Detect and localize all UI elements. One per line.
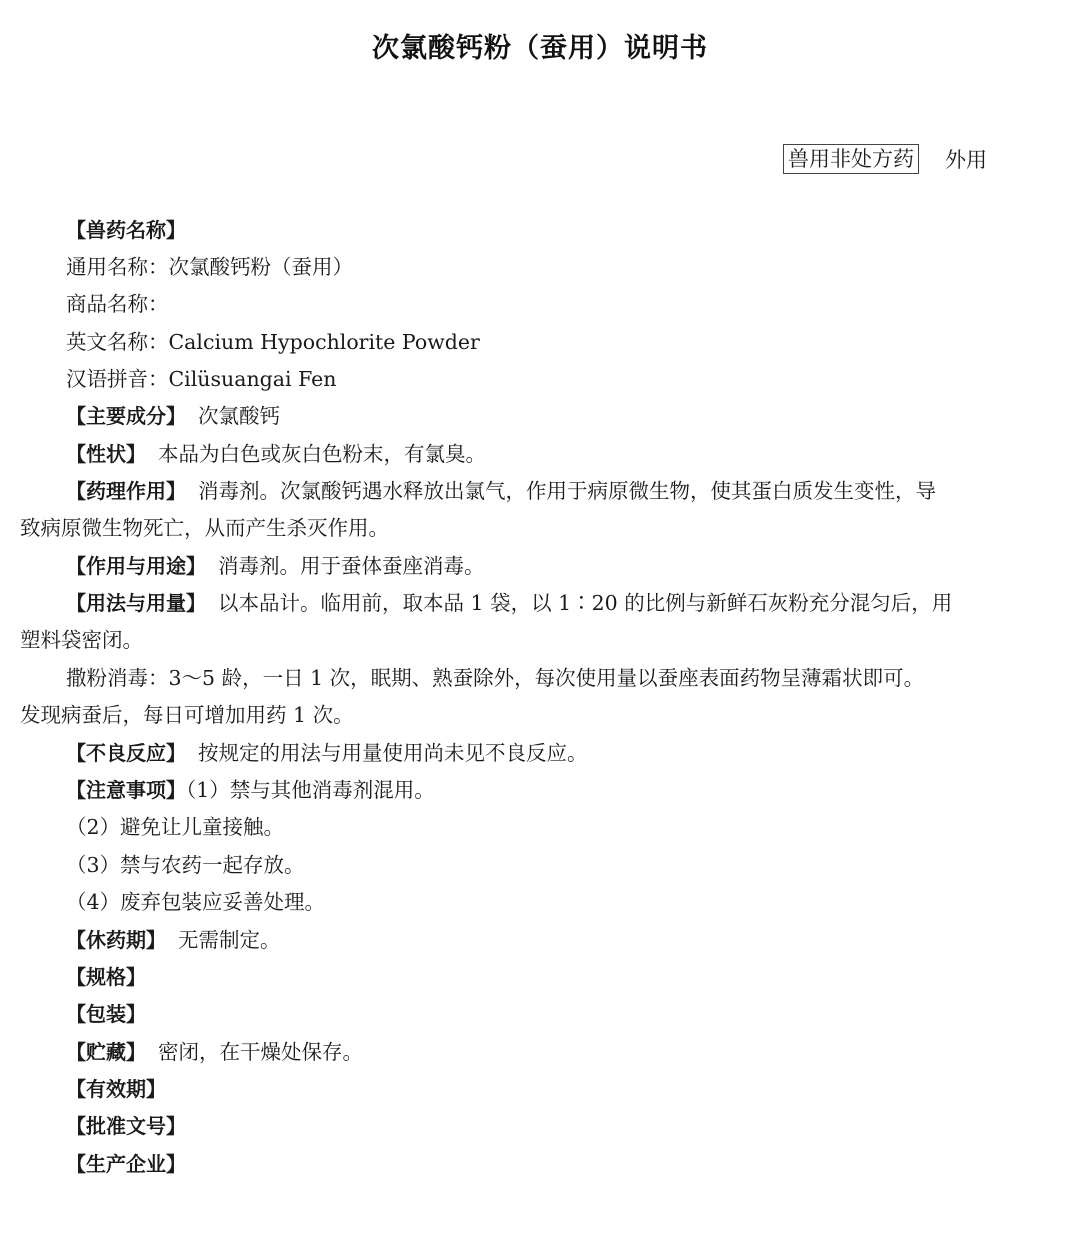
section-indication: 【作用与用途】消毒剂。用于蚕体蚕座消毒。 <box>66 554 485 578</box>
ingredient-text: 次氯酸钙 <box>198 404 280 428</box>
page-title: 次氯酸钙粉（蚕用）说明书 <box>0 26 1080 65</box>
section-storage: 【贮藏】密闭，在干燥处保存。 <box>66 1040 363 1064</box>
section-precautions: 【注意事项】（1）禁与其他消毒剂混用。 <box>66 778 435 802</box>
pharmacology-text-2: 致病原微生物死亡，从而产生杀灭作用。 <box>20 516 389 540</box>
indication-text: 消毒剂。用于蚕体蚕座消毒。 <box>218 554 485 578</box>
section-adverse: 【不良反应】按规定的用法与用量使用尚未见不良反应。 <box>66 741 588 765</box>
section-heading-dosage: 【用法与用量】 <box>66 591 206 615</box>
route-label: 外用 <box>945 144 987 174</box>
precaution-item: （2）避免让儿童接触。 <box>66 815 284 839</box>
section-heading-storage: 【贮藏】 <box>66 1040 146 1064</box>
section-heading-description: 【性状】 <box>66 442 146 466</box>
precaution-item: （4）废弃包装应妥善处理。 <box>66 890 325 914</box>
storage-text: 密闭，在干燥处保存。 <box>158 1040 363 1064</box>
precaution-item: （1）禁与其他消毒剂混用。 <box>186 778 435 802</box>
description-text: 本品为白色或灰白色粉末，有氯臭。 <box>158 442 486 466</box>
section-heading-validity: 【有效期】 <box>66 1077 166 1101</box>
section-heading-name: 【兽药名称】 <box>66 218 186 242</box>
otc-badge: 兽用非处方药 <box>783 144 919 174</box>
withdrawal-text: 无需制定。 <box>178 928 281 952</box>
trade-name: 商品名称： <box>66 292 169 316</box>
section-pharmacology: 【药理作用】消毒剂。次氯酸钙遇水释放出氯气，作用于病原微生物，使其蛋白质发生变性… <box>66 479 936 503</box>
dosage-text-4: 发现病蚕后，每日可增加用药 1 次。 <box>20 703 354 727</box>
section-heading-withdrawal: 【休药期】 <box>66 928 166 952</box>
section-heading-approval: 【批准文号】 <box>66 1114 186 1138</box>
section-dosage: 【用法与用量】以本品计。临用前，取本品 1 袋，以 1∶20 的比例与新鲜石灰粉… <box>66 591 952 615</box>
section-heading-adverse: 【不良反应】 <box>66 741 186 765</box>
section-heading-pharmacology: 【药理作用】 <box>66 479 186 503</box>
precaution-item: （3）禁与农药一起存放。 <box>66 853 305 877</box>
dosage-text-2: 塑料袋密闭。 <box>20 628 143 652</box>
section-heading-precautions: 【注意事项】 <box>66 778 186 802</box>
section-heading-manufacturer: 【生产企业】 <box>66 1152 186 1176</box>
pharmacology-text-1: 消毒剂。次氯酸钙遇水释放出氯气，作用于病原微生物，使其蛋白质发生变性，导 <box>198 479 936 503</box>
section-heading-indication: 【作用与用途】 <box>66 554 206 578</box>
dosage-text-1: 以本品计。临用前，取本品 1 袋，以 1∶20 的比例与新鲜石灰粉充分混匀后，用 <box>218 591 952 615</box>
section-withdrawal: 【休药期】无需制定。 <box>66 928 281 952</box>
section-heading-ingredient: 【主要成分】 <box>66 404 186 428</box>
section-ingredient: 【主要成分】次氯酸钙 <box>66 404 280 428</box>
generic-name: 通用名称：次氯酸钙粉（蚕用） <box>66 255 353 279</box>
classification-row: 兽用非处方药 外用 <box>783 144 987 174</box>
adverse-text: 按规定的用法与用量使用尚未见不良反应。 <box>198 741 588 765</box>
section-description: 【性状】本品为白色或灰白色粉末，有氯臭。 <box>66 442 486 466</box>
section-heading-package: 【包装】 <box>66 1002 146 1026</box>
english-name: 英文名称：Calcium Hypochlorite Powder <box>66 330 480 354</box>
pinyin-name: 汉语拼音：Cilüsuangai Fen <box>66 367 337 391</box>
section-heading-specification: 【规格】 <box>66 965 146 989</box>
dosage-text-3: 撒粉消毒：3～5 龄，一日 1 次，眠期、熟蚕除外，每次使用量以蚕座表面药物呈薄… <box>66 666 924 690</box>
